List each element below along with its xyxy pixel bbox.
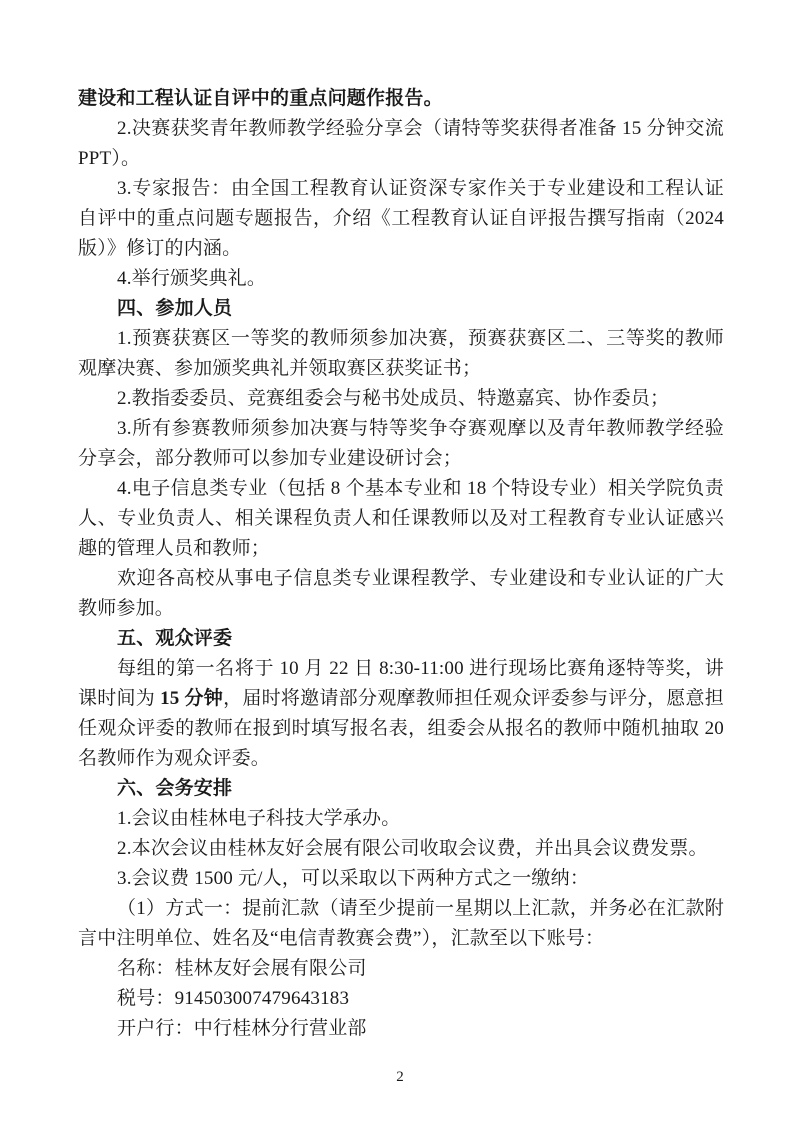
paragraph: 开户行：中行桂林分行营业部 — [78, 1014, 724, 1044]
paragraph: （1）方式一：提前汇款（请至少提前一星期以上汇款，并务必在汇款附言中注明单位、姓… — [78, 894, 724, 954]
text-segment: 3.所有参赛教师须参加决赛与特等奖争夺赛观摩以及青年教师教学经验分享会，部分教师… — [78, 418, 724, 469]
text-segment: 开户行：中行桂林分行营业部 — [117, 1018, 367, 1039]
paragraph: 4.电子信息类专业（包括 8 个基本专业和 18 个特设专业）相关学院负责人、专… — [78, 474, 724, 564]
paragraph: 1.预赛获赛区一等奖的教师须参加决赛，预赛获赛区二、三等奖的教师观摩决赛、参加颁… — [78, 324, 724, 384]
page-number: 2 — [396, 1069, 404, 1085]
bold-text-segment: 建设和工程认证自评中的重点问题作报告。 — [78, 88, 443, 109]
text-segment: 3.专家报告：由全国工程教育认证资深专家作关于专业建设和工程认证自评中的重点问题… — [78, 178, 724, 259]
text-segment: （1）方式一：提前汇款（请至少提前一星期以上汇款，并务必在汇款附言中注明单位、姓… — [78, 898, 724, 949]
paragraph: 4.举行颁奖典礼。 — [78, 264, 724, 294]
document-body: 建设和工程认证自评中的重点问题作报告。2.决赛获奖青年教师教学经验分享会（请特等… — [78, 84, 724, 1044]
text-segment: 3.会议费 1500 元/人，可以采取以下两种方式之一缴纳： — [117, 868, 589, 889]
paragraph: 每组的第一名将于 10 月 22 日 8:30-11:00 进行现场比赛角逐特等… — [78, 654, 724, 774]
section-heading: 五、观众评委 — [78, 624, 724, 654]
text-segment: 欢迎各高校从事电子信息类专业课程教学、专业建设和专业认证的广大教师参加。 — [78, 568, 724, 619]
section-heading: 六、会务安排 — [78, 774, 724, 804]
text-segment: 名称：桂林友好会展有限公司 — [117, 958, 367, 979]
paragraph: 3.所有参赛教师须参加决赛与特等奖争夺赛观摩以及青年教师教学经验分享会，部分教师… — [78, 414, 724, 474]
section-heading: 四、参加人员 — [78, 294, 724, 324]
text-segment: 1.预赛获赛区一等奖的教师须参加决赛，预赛获赛区二、三等奖的教师观摩决赛、参加颁… — [78, 328, 724, 379]
text-segment: 2.本次会议由桂林友好会展有限公司收取会议费，并出具会议费发票。 — [117, 838, 708, 859]
paragraph: 2.本次会议由桂林友好会展有限公司收取会议费，并出具会议费发票。 — [78, 834, 724, 864]
text-segment: 税号：914503007479643183 — [117, 988, 349, 1009]
paragraph: 3.会议费 1500 元/人，可以采取以下两种方式之一缴纳： — [78, 864, 724, 894]
text-segment: 4.电子信息类专业（包括 8 个基本专业和 18 个特设专业）相关学院负责人、专… — [78, 478, 724, 559]
paragraph: 2.教指委委员、竞赛组委会与秘书处成员、特邀嘉宾、协作委员； — [78, 384, 724, 414]
text-segment: 2.决赛获奖青年教师教学经验分享会（请特等奖获得者准备 15 分钟交流 PPT）… — [78, 118, 724, 169]
bold-text-segment: 四、参加人员 — [117, 298, 232, 319]
bold-text-segment: 六、会务安排 — [117, 778, 232, 799]
bold-text-segment: 五、观众评委 — [117, 628, 232, 649]
paragraph: 名称：桂林友好会展有限公司 — [78, 954, 724, 984]
paragraph: 1.会议由桂林电子科技大学承办。 — [78, 804, 724, 834]
text-segment: 1.会议由桂林电子科技大学承办。 — [117, 808, 400, 829]
bold-text-segment: 15 分钟 — [160, 688, 223, 709]
paragraph: 3.专家报告：由全国工程教育认证资深专家作关于专业建设和工程认证自评中的重点问题… — [78, 174, 724, 264]
paragraph: 2.决赛获奖青年教师教学经验分享会（请特等奖获得者准备 15 分钟交流 PPT）… — [78, 114, 724, 174]
paragraph: 税号：914503007479643183 — [78, 984, 724, 1014]
paragraph: 欢迎各高校从事电子信息类专业课程教学、专业建设和专业认证的广大教师参加。 — [78, 564, 724, 624]
text-segment: 4.举行颁奖典礼。 — [117, 268, 266, 289]
text-segment: 2.教指委委员、竞赛组委会与秘书处成员、特邀嘉宾、协作委员； — [117, 388, 669, 409]
section-heading: 建设和工程认证自评中的重点问题作报告。 — [78, 84, 724, 114]
page-footer: 2 — [0, 1067, 800, 1087]
document-page: 建设和工程认证自评中的重点问题作报告。2.决赛获奖青年教师教学经验分享会（请特等… — [0, 0, 800, 1131]
